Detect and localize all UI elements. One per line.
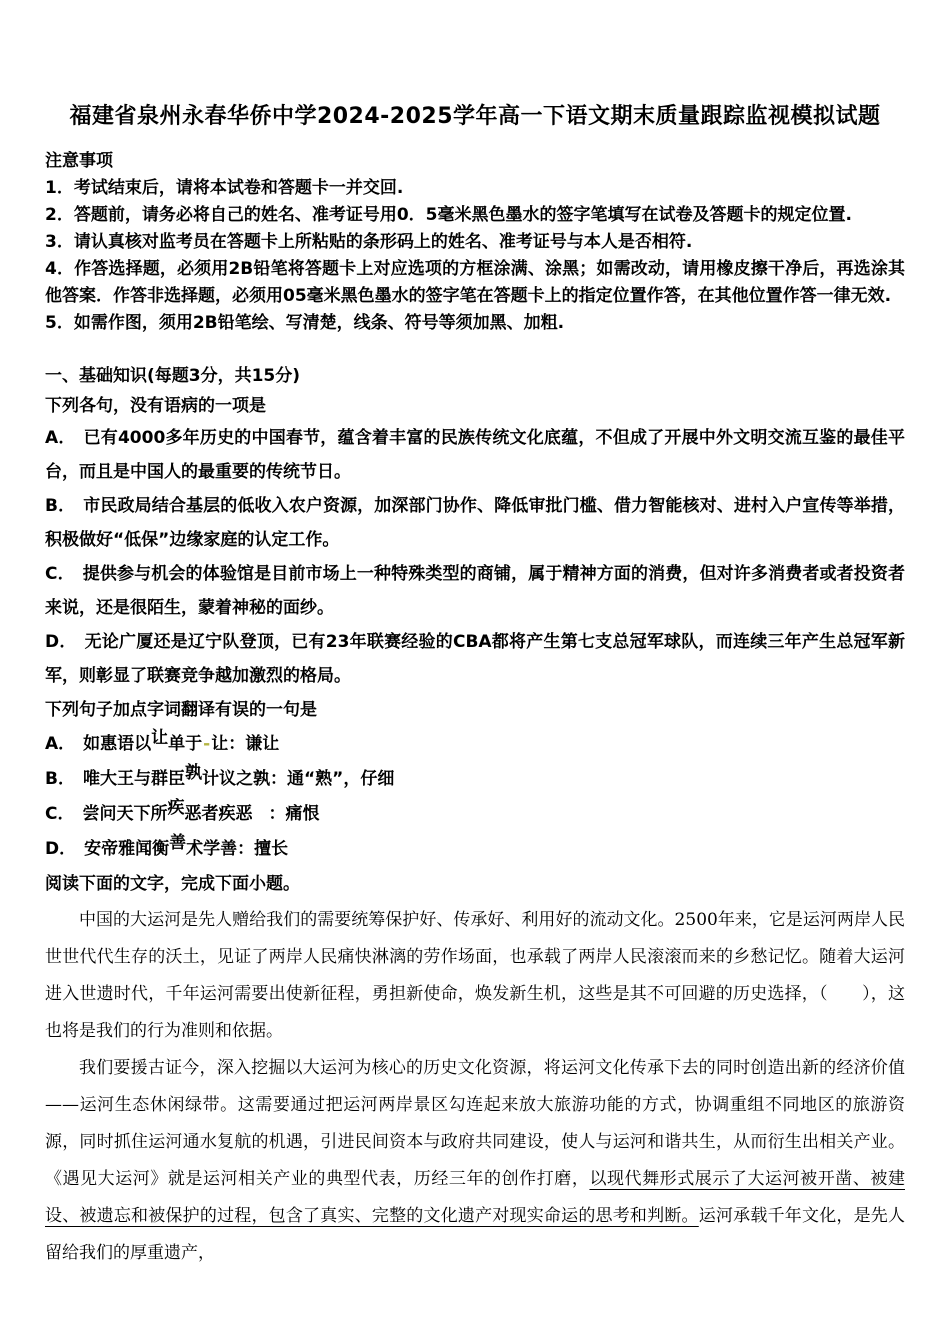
notice-item: 1．考试结束后，请将本试卷和答题卡一并交回. xyxy=(45,175,905,202)
notice-section: 注意事项 1．考试结束后，请将本试卷和答题卡一并交回.2．答题前，请务必将自己的… xyxy=(45,148,905,337)
option-row: D．安帝雅闻衡善术学善：擅长 xyxy=(45,832,905,867)
option-row: B．市民政局结合基层的低收入农户资源，加深部门协作、降低审批门槛、借力智能核对、… xyxy=(45,489,905,557)
option-text: 市民政局结合基层的低收入农户资源，加深部门协作、降低审批门槛、借力智能核对、进村… xyxy=(45,496,905,550)
option-label: B． xyxy=(45,769,75,789)
option-row: A．如惠语以让单于-让：谦让 xyxy=(45,727,905,762)
option-label: C． xyxy=(45,804,74,824)
notice-heading: 注意事项 xyxy=(45,148,905,175)
option-text: 尝问天下所 xyxy=(82,804,167,824)
exam-page: 福建省泉州永春华侨中学2024-2025学年高一下语文期末质量跟踪监视模拟试题 … xyxy=(0,0,950,1344)
raised-char: 疾 xyxy=(167,798,184,818)
option-text: 已有4000多年历史的中国春节，蕴含着丰富的民族传统文化底蕴，不但成了开展中外文… xyxy=(45,428,905,482)
exam-title: 福建省泉州永春华侨中学2024-2025学年高一下语文期末质量跟踪监视模拟试题 xyxy=(45,102,905,132)
q1-stem: 下列各句，没有语病的一项是 xyxy=(45,391,905,421)
option-label: C． xyxy=(45,564,75,584)
option-text: 唯大王与群臣 xyxy=(83,769,185,789)
passage-para2: 我们要援古证今，深入挖掘以大运河为核心的历史文化资源，将运河文化传承下去的同时创… xyxy=(45,1050,905,1272)
option-text: 如惠语以 xyxy=(83,734,151,754)
option-label: B． xyxy=(45,496,75,516)
option-label: D． xyxy=(45,632,77,652)
q2-options: A．如惠语以让单于-让：谦让B．唯大王与群臣孰计议之孰：通“熟”，仔细C．尝问天… xyxy=(45,727,905,867)
notice-item: 5．如需作图，须用2B铅笔绘、写清楚，线条、符号等须加黑、加粗. xyxy=(45,310,905,337)
option-text: ：痛恨 xyxy=(268,804,319,824)
option-text: 计议之孰：通“熟”，仔细 xyxy=(202,769,394,789)
raised-char: 让 xyxy=(151,728,168,748)
option-label: A． xyxy=(45,428,76,448)
notice-list: 1．考试结束后，请将本试卷和答题卡一并交回.2．答题前，请务必将自己的姓名、准考… xyxy=(45,175,905,337)
passage-para1: 中国的大运河是先人赠给我们的需要统筹保护好、传承好、利用好的流动文化。2500年… xyxy=(45,902,905,1050)
option-text: 无论广厦还是辽宁队登顶，已有23年联赛经验的CBA都将产生第七支总冠军球队，而连… xyxy=(45,632,905,686)
notice-item: 2．答题前，请务必将自己的姓名、准考证号用0．5毫米黑色墨水的签字笔填写在试卷及… xyxy=(45,202,905,229)
option-row: C．提供参与机会的体验馆是目前市场上一种特殊类型的商铺，属于精神方面的消费，但对… xyxy=(45,557,905,625)
option-label: D． xyxy=(45,839,76,859)
option-label: A． xyxy=(45,734,75,754)
notice-item: 4．作答选择题，必须用2B铅笔将答题卡上对应选项的方框涂满、涂黑；如需改动，请用… xyxy=(45,256,905,310)
highlight-mark: - xyxy=(203,734,210,754)
notice-item: 3．请认真核对监考员在答题卡上所粘贴的条形码上的姓名、准考证号与本人是否相符. xyxy=(45,229,905,256)
q2-stem: 下列句子加点字词翻译有误的一句是 xyxy=(45,693,905,727)
option-text: 恶者疾恶 xyxy=(184,804,252,824)
option-row: A．已有4000多年历史的中国春节，蕴含着丰富的民族传统文化底蕴，不但成了开展中… xyxy=(45,421,905,489)
reading-passage: 中国的大运河是先人赠给我们的需要统筹保护好、传承好、利用好的流动文化。2500年… xyxy=(45,902,905,1272)
section1-heading: 一、基础知识(每题3分，共15分) xyxy=(45,361,905,391)
option-text: 提供参与机会的体验馆是目前市场上一种特殊类型的商铺，属于精神方面的消费，但对许多… xyxy=(45,564,905,618)
raised-char: 孰 xyxy=(185,763,202,783)
reading-intro: 阅读下面的文字，完成下面小题。 xyxy=(45,867,905,902)
option-row: D．无论广厦还是辽宁队登顶，已有23年联赛经验的CBA都将产生第七支总冠军球队，… xyxy=(45,625,905,693)
option-row: C．尝问天下所疾恶者疾恶：痛恨 xyxy=(45,797,905,832)
option-text: 安帝雅闻衡 xyxy=(84,839,169,859)
option-text: 让：谦让 xyxy=(211,734,279,754)
option-text: 单于 xyxy=(168,734,202,754)
option-row: B．唯大王与群臣孰计议之孰：通“熟”，仔细 xyxy=(45,762,905,797)
q1-options: A．已有4000多年历史的中国春节，蕴含着丰富的民族传统文化底蕴，不但成了开展中… xyxy=(45,421,905,693)
raised-char: 善 xyxy=(169,833,186,853)
option-text: 术学善：擅长 xyxy=(186,839,288,859)
